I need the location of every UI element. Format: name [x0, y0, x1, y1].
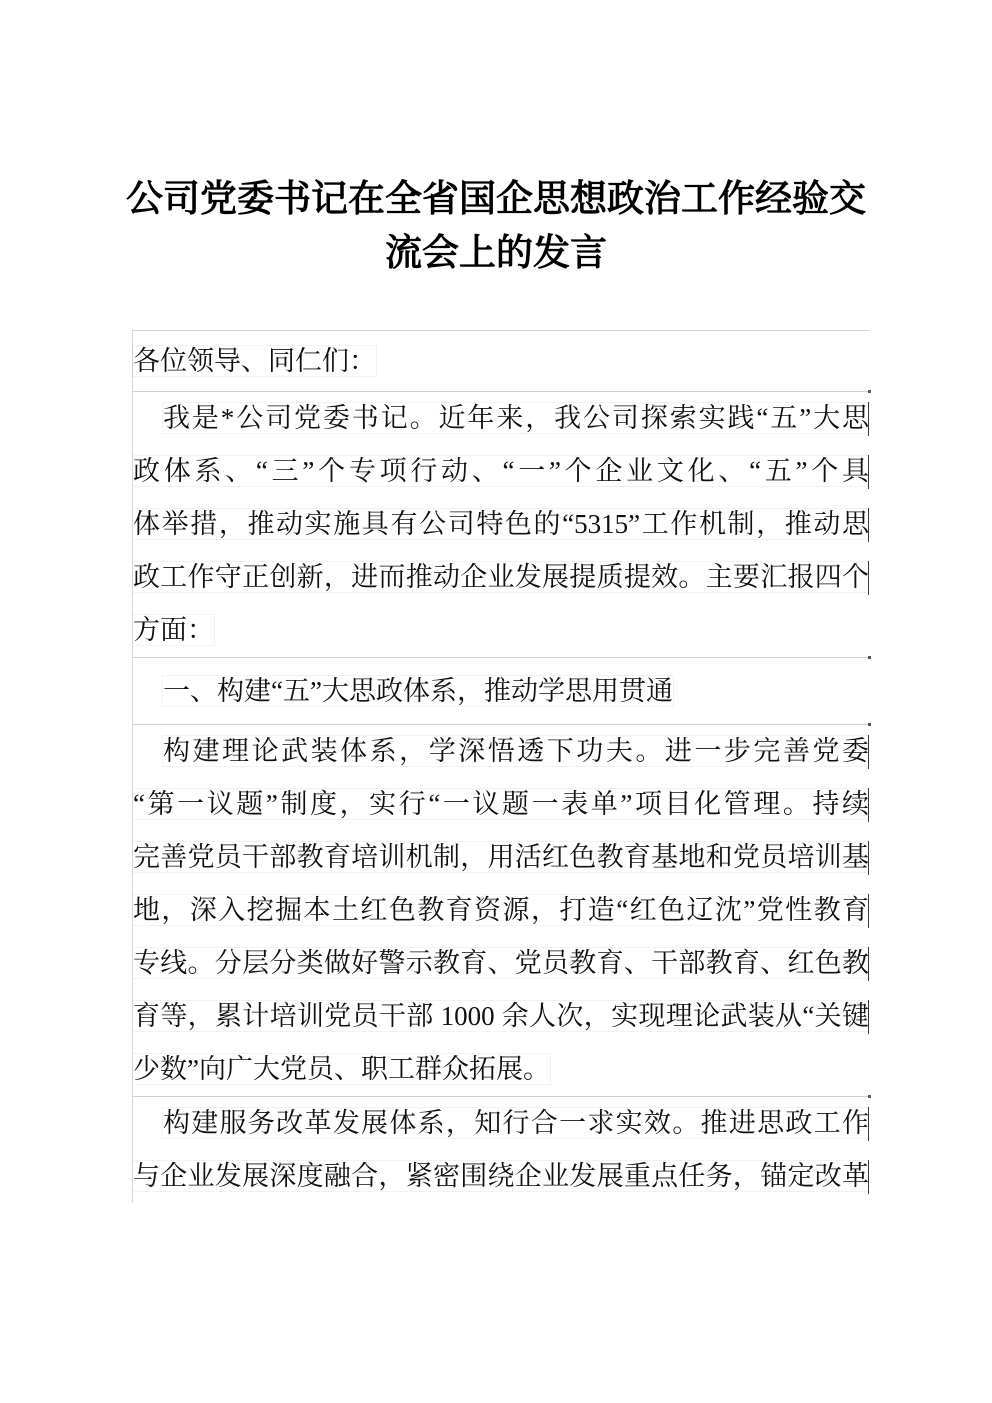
line-end-tick [868, 455, 869, 489]
text-line: 一、构建“五”大思政体系，推动学思用贯通 [133, 665, 869, 718]
text-line: “第一议题”制度，实行“一议题一表单”项目化管理。持续 [133, 778, 869, 831]
line-text: 一、构建“五”大思政体系，推动学思用贯通 [163, 676, 673, 706]
title-run: 公司党委 [126, 179, 274, 220]
title-run: 经验 [755, 177, 829, 220]
line-text: “第一议题”制度，实行“一议题一表单”项目化管理。持续 [133, 789, 869, 819]
line-end-tick [868, 508, 869, 542]
line-text: 我是*公司党委书记。近年来，我公司探索实践“五”大思 [163, 403, 869, 433]
line-text: 各位领导、同仁们： [133, 346, 376, 376]
line-end-tick [868, 894, 869, 928]
title-run: 思想政治工作 [533, 179, 755, 220]
text-line: 我是*公司党委书记。近年来，我公司探索实践“五”大思 [133, 392, 869, 445]
title-run: 书记 [274, 177, 348, 220]
line-text: 地，深入挖掘本土红色教育资源，打造“红色辽沈”党性教育 [133, 895, 869, 925]
line-text: 方面： [133, 615, 214, 645]
text-line: 政体系、“三”个专项行动、“一”个企业文化、“五”个具 [133, 445, 869, 498]
line-text: 育等，累计培训党员干部 1000 余人次，实现理论武装从“关键 [133, 1001, 869, 1031]
line-text: 少数”向广大党员、职工群众拓展。 [133, 1054, 550, 1084]
line-end-tick [868, 735, 869, 769]
title-run: 言 [570, 233, 607, 274]
text-line: 体举措，推动实施具有公司特色的“5315”工作机制，推动思 [133, 498, 869, 551]
text-line: 构建理论武装体系，学深悟透下功夫。进一步完善党委 [133, 725, 869, 778]
title-run: 国企 [459, 177, 533, 220]
line-text: 完善党员干部教育培训机制，用活红色教育基地和党员培训基 [133, 842, 869, 872]
title-run: 在全省 [348, 179, 459, 220]
line-end-tick [868, 561, 869, 595]
line-end-tick [868, 402, 869, 436]
line-text: 政工作守正创新，进而推动企业发展提质提效。主要汇报四个 [133, 562, 869, 592]
line-text: 构建服务改革发展体系，知行合一求实效。推进思政工作 [163, 1108, 869, 1138]
line-text: 构建理论武装体系，学深悟透下功夫。进一步完善党委 [163, 736, 869, 766]
text-line: 与企业发展深度融合，紧密围绕企业发展重点任务，锚定改革 [133, 1150, 869, 1203]
text-line: 政工作守正创新，进而推动企业发展提质提效。主要汇报四个 [133, 551, 869, 604]
text-line: 专线。分层分类做好警示教育、党员教育、干部教育、红色教 [133, 937, 869, 990]
line-end-tick [868, 788, 869, 822]
document-body: 各位领导、同仁们：我是*公司党委书记。近年来，我公司探索实践“五”大思政体系、“… [132, 330, 869, 1203]
document-page: 公司党委书记在全省国企思想政治工作经验交流会上的发言 各位领导、同仁们：我是*公… [0, 0, 992, 1403]
body-row-salutation: 各位领导、同仁们： [133, 331, 869, 392]
body-row-paragraph: 构建服务改革发展体系，知行合一求实效。推进思政工作与企业发展深度融合，紧密围绕企… [133, 1097, 869, 1203]
line-end-tick [868, 947, 869, 981]
line-end-tick [868, 1107, 869, 1141]
text-line: 方面： [133, 604, 869, 657]
line-text: 体举措，推动实施具有公司特色的“5315”工作机制，推动思 [133, 509, 869, 539]
text-line: 少数”向广大党员、职工群众拓展。 [133, 1043, 869, 1096]
line-text: 专线。分层分类做好警示教育、党员教育、干部教育、红色教 [133, 948, 869, 978]
line-end-tick [868, 1160, 869, 1194]
document-title: 公司党委书记在全省国企思想政治工作经验交流会上的发言 [122, 172, 870, 280]
body-row-paragraph: 构建理论武装体系，学深悟透下功夫。进一步完善党委“第一议题”制度，实行“一议题一… [133, 725, 869, 1097]
body-row-paragraph: 我是*公司党委书记。近年来，我公司探索实践“五”大思政体系、“三”个专项行动、“… [133, 392, 869, 658]
line-end-tick [868, 1000, 869, 1034]
title-run: 发 [533, 231, 570, 274]
text-line: 育等，累计培训党员干部 1000 余人次，实现理论武装从“关键 [133, 990, 869, 1043]
body-row-heading: 一、构建“五”大思政体系，推动学思用贯通 [133, 658, 869, 725]
title-run: 上的 [459, 233, 533, 274]
line-text: 与企业发展深度融合，紧密围绕企业发展重点任务，锚定改革 [133, 1161, 869, 1191]
line-text: 政体系、“三”个专项行动、“一”个企业文化、“五”个具 [133, 456, 869, 486]
text-line: 完善党员干部教育培训机制，用活红色教育基地和党员培训基 [133, 831, 869, 884]
text-line: 构建服务改革发展体系，知行合一求实效。推进思政工作 [133, 1097, 869, 1150]
text-line: 地，深入挖掘本土红色教育资源，打造“红色辽沈”党性教育 [133, 884, 869, 937]
line-end-tick [868, 841, 869, 875]
text-line: 各位领导、同仁们： [133, 335, 869, 388]
title-run: 会 [422, 231, 459, 274]
